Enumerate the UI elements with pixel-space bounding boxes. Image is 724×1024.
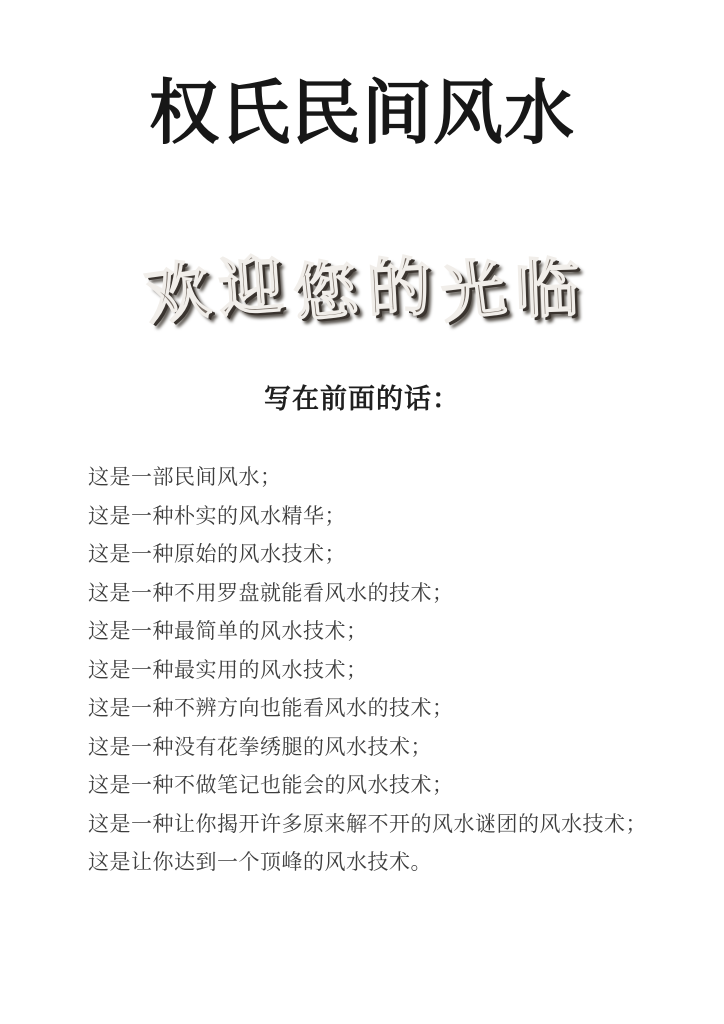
welcome-wordart-char: 临 <box>514 247 581 333</box>
welcome-wordart-char: 迎 <box>216 244 286 332</box>
welcome-wordart-char: 您 <box>289 248 361 338</box>
preface-line: 这是一种原始的风水技术； <box>88 535 694 574</box>
preface-line: 这是一种不辨方向也能看风水的技术； <box>88 689 694 728</box>
welcome-wordart-char: 欢 <box>140 248 215 340</box>
welcome-wordart-char: 的 <box>365 245 433 332</box>
welcome-wordart: 欢迎您的光临 <box>0 248 724 332</box>
scanned-book-page: 权氏民间风水 欢迎您的光临 写在前面的话： 这是一部民间风水；这是一种朴实的风水… <box>0 0 724 1024</box>
preface-line: 这是一部民间风水； <box>88 458 694 497</box>
welcome-wordart-char: 光 <box>436 246 510 337</box>
preface-line: 这是一种朴实的风水精华； <box>88 497 694 536</box>
preface-line: 这是一种不用罗盘就能看风水的技术； <box>88 574 694 613</box>
book-title: 权氏民间风水 <box>0 68 724 158</box>
preface-line: 这是一种不做笔记也能会的风水技术； <box>88 766 694 805</box>
preface-heading: 写在前面的话： <box>0 384 724 414</box>
preface-line: 这是让你达到一个顶峰的风水技术。 <box>88 843 694 882</box>
preface-lines: 这是一部民间风水；这是一种朴实的风水精华；这是一种原始的风水技术；这是一种不用罗… <box>88 458 694 882</box>
preface-line: 这是一种让你揭开许多原来解不开的风水谜团的风水技术； <box>88 805 694 844</box>
preface-line: 这是一种没有花拳绣腿的风水技术； <box>88 728 694 767</box>
preface-line: 这是一种最简单的风水技术； <box>88 612 694 651</box>
preface-line: 这是一种最实用的风水技术； <box>88 651 694 690</box>
